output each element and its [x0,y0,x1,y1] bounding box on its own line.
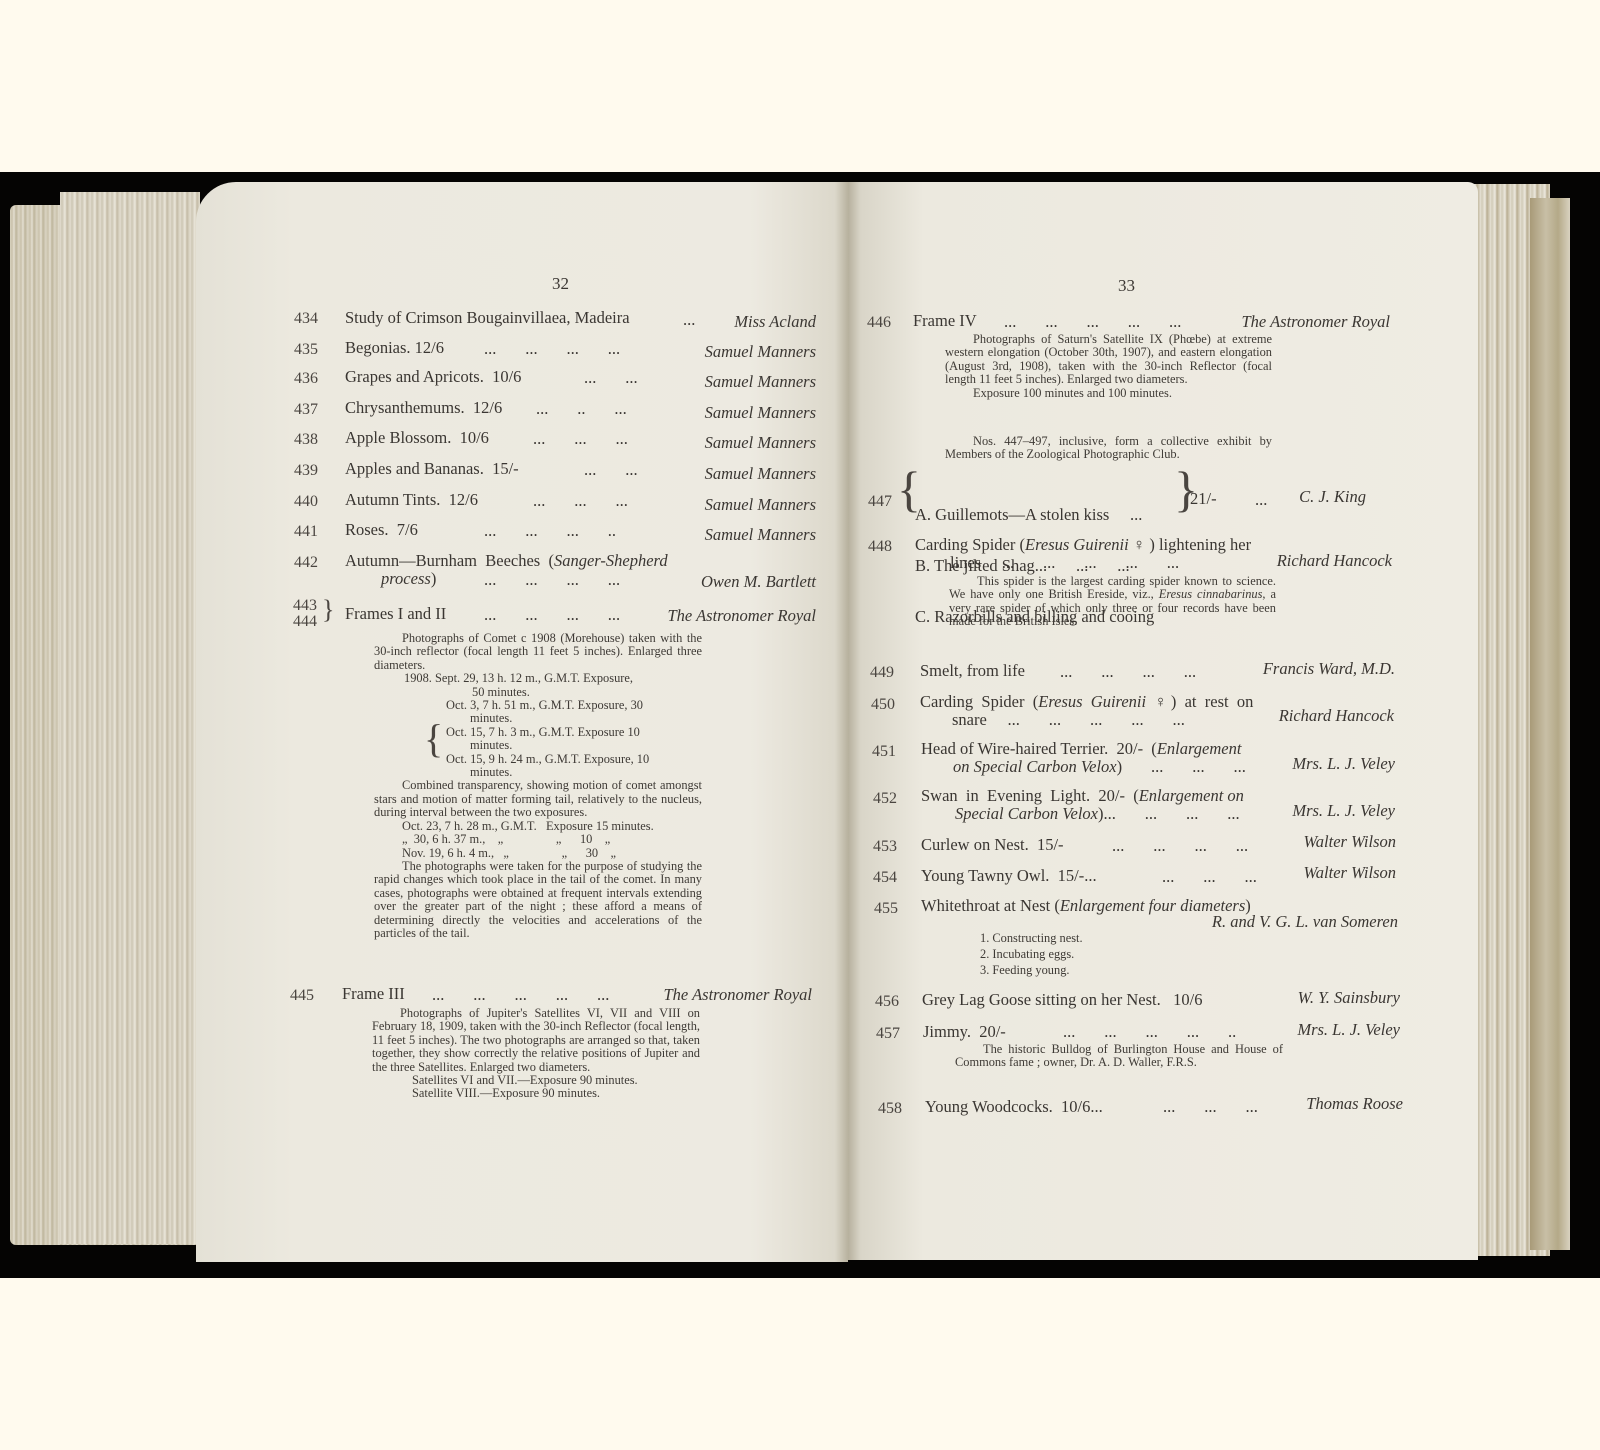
entry-artist: R. and V. G. L. van Someren [1212,912,1398,932]
entry-artist: The Astronomer Royal [1242,312,1391,332]
entry-artist: W. Y. Sainsbury [1298,988,1400,1008]
entry-number: 454 [873,869,897,887]
leader-dots: ... ... ... .. [484,521,616,541]
leader-dots: ... ... ... ... .. [1063,1022,1236,1042]
entry-description: This spider is the largest carding spide… [949,575,1276,629]
leader-dots: ... ... ... ... ... [1004,312,1181,332]
entry-title-continued: on Special Carbon Velox) ... ... ... [953,757,1246,777]
entry-title: Apple Blossom. 10/6 [345,428,489,448]
entry-number: 442 [294,554,318,572]
entry-title: Grapes and Apricots. 10/6 [345,367,521,387]
brace-icon: { [424,724,443,754]
entry-description: Photographs of Jupiter's Satellites VI, … [372,1007,700,1101]
entry-number: 440 [294,493,318,511]
page-edges-left-inner [60,192,200,1244]
entry-number: 456 [875,993,899,1011]
page-number-right: 33 [1118,276,1135,296]
entry-number: 443444 [293,598,317,630]
brace-icon: } [322,595,334,625]
entry-title: Carding Spider (Eresus Guirenii ♀ ) at r… [920,692,1253,712]
entry-price: 21/- [1190,489,1217,509]
entry-number: 447 [868,493,892,511]
leader-dots: ... ... ... ... [484,339,620,359]
leader-dots: ... ... ... [533,429,628,449]
leader-dots: ... ... ... ... [484,570,620,590]
leader-dots: ... [1255,490,1267,510]
entry-artist: Samuel Manners [705,403,816,423]
leader-dots: ... ... [584,460,638,480]
entry-number: 458 [878,1100,902,1118]
entry-artist: Miss Acland [734,312,816,332]
club-note: Nos. 447–497, inclusive, form a collecti… [945,435,1272,462]
entry-title: Frame III [342,984,405,1004]
entry-sub-list: 1. Constructing nest. 2. Incubating eggs… [980,930,1180,978]
entry-artist: Mrs. L. J. Veley [1297,1020,1400,1040]
entry-number: 448 [868,538,892,556]
entry-title: Carding Spider (Eresus Guirenii ♀ ) ligh… [915,535,1251,555]
entry-artist: C. J. King [1299,487,1366,507]
leader-dots: ... ... ... ... [484,605,620,625]
entry-title: Swan in Evening Light. 20/- (Enlargement… [921,786,1244,806]
entry-artist: Samuel Manners [705,433,816,453]
entry-title: Study of Crimson Bougainvillaea, Madeira [345,308,630,328]
entry-number: 457 [876,1025,900,1043]
entry-description: Photographs of Comet c 1908 (Morehouse) … [374,632,702,940]
entry-title-continued: lines ... ... ... ... ... [950,553,1179,573]
entry-artist: Richard Hancock [1277,551,1392,571]
entry-title: Head of Wire-haired Terrier. 20/- (Enlar… [921,739,1241,759]
entry-artist: Samuel Manners [705,495,816,515]
entry-number: 439 [294,462,318,480]
entry-artist: Mrs. L. J. Veley [1292,801,1395,821]
leader-dots: ... [683,310,695,330]
entry-number: 446 [867,314,891,332]
entry-description: The historic Bulldog of Burlington House… [955,1043,1283,1070]
entry-title: Young Tawny Owl. 15/-... [921,866,1097,886]
entry-artist: Samuel Manners [705,372,816,392]
entry-number: 437 [294,401,318,419]
entry-title: Chrysanthemums. 12/6 [345,398,502,418]
leader-dots: ... ... ... ... ... [432,985,609,1005]
entry-artist: Richard Hancock [1279,706,1394,726]
page-edges-right-outer [1530,198,1570,1250]
entry-artist: Mrs. L. J. Veley [1292,754,1395,774]
entry-number: 451 [872,743,896,761]
entry-artist: Walter Wilson [1304,863,1396,883]
entry-title-continued: snare ... ... ... ... ... [952,710,1185,730]
entry-number: 449 [870,664,894,682]
entry-title: Whitethroat at Nest (Enlargement four di… [921,896,1251,916]
entry-number: 434 [294,310,318,328]
leader-dots: ... .. ... [536,399,627,419]
entry-title: Jimmy. 20/- [923,1022,1006,1042]
entry-number: 450 [871,696,895,714]
entry-title: Frames I and II [345,604,446,624]
entry-number: 441 [294,523,318,541]
entry-artist: The Astronomer Royal [668,606,817,626]
entry-number: 438 [294,431,318,449]
entry-title-continued: process) [381,569,436,589]
entry-title: Apples and Bananas. 15/- [345,459,519,479]
entry-title: Roses. 7/6 [345,520,418,540]
entry-number: 452 [873,790,897,808]
entry-title: Smelt, from life [920,661,1025,681]
entry-description: Photographs of Saturn's Satellite IX (Ph… [945,333,1272,400]
entry-artist: Thomas Roose [1306,1094,1403,1114]
entry-number: 445 [290,987,314,1005]
entry-title: Frame IV [913,311,977,331]
entry-title: Grey Lag Goose sitting on her Nest. 10/6 [922,990,1202,1010]
entry-artist: Walter Wilson [1304,832,1396,852]
entry-number: 436 [294,370,318,388]
entry-title: Begonias. 12/6 [345,338,444,358]
entry-artist: Samuel Manners [705,525,816,545]
entry-artist: The Astronomer Royal [664,985,813,1005]
entry-artist: Samuel Manners [705,464,816,484]
leader-dots: ... ... ... [1163,1097,1258,1117]
entry-artist: Francis Ward, M.D. [1263,659,1395,679]
entry-title: Curlew on Nest. 15/- [921,835,1064,855]
leader-dots: ... ... ... ... [1060,662,1196,682]
entry-artist: Owen M. Bartlett [701,572,816,592]
entry-artist: Samuel Manners [705,342,816,362]
entry-number: 455 [874,900,898,918]
leader-dots: ... ... ... [533,491,628,511]
leader-dots: ... ... ... ... [1112,836,1248,856]
entry-title: Young Woodcocks. 10/6... [925,1097,1103,1117]
entry-title: Autumn—Burnham Beeches (Sanger-Shepherd [345,551,668,571]
entry-title: Autumn Tints. 12/6 [345,490,478,510]
entry-number: 435 [294,341,318,359]
leader-dots: ... ... ... [1162,867,1257,887]
entry-number: 453 [873,838,897,856]
leader-dots: ... ... [584,368,638,388]
entry-title-continued: Special Carbon Velox)... ... ... ... [955,804,1240,824]
page-number-left: 32 [552,274,569,294]
